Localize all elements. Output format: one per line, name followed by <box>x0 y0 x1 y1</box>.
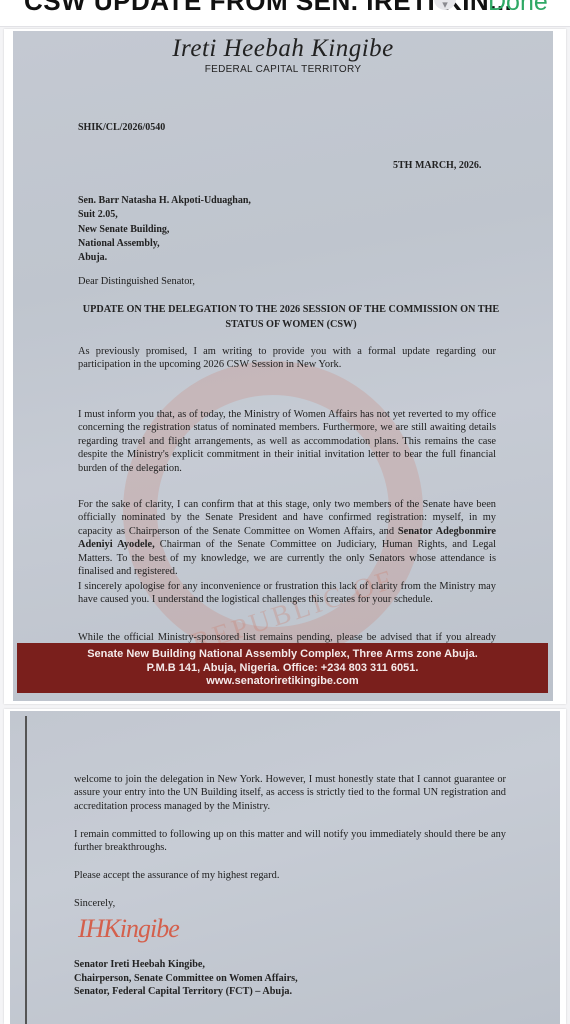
signature-block: Senator Ireti Heebah Kingibe, Chairperso… <box>74 958 298 999</box>
paragraph: I must inform you that, as of today, the… <box>78 408 496 475</box>
recipient-address: Sen. Barr Natasha H. Akpoti-Uduaghan, Su… <box>78 194 251 265</box>
paper-scan-1: Ireti Heebah Kingibe FEDERAL CAPITAL TER… <box>13 31 553 701</box>
address-line: Abuja. <box>78 251 251 265</box>
letter-page-2: welcome to join the delegation in New Yo… <box>4 709 566 1024</box>
footer-contact: P.M.B 141, Abuja, Nigeria. Office: +234 … <box>17 662 548 676</box>
paragraph: For the sake of clarity, I can confirm t… <box>78 498 496 578</box>
viewer-top-bar: CSW UPDATE FROM SEN. IRETI KIN... ▾ Done <box>0 0 570 27</box>
signatory-title: Chairperson, Senate Committee on Women A… <box>74 972 298 986</box>
letter-page-1: Ireti Heebah Kingibe FEDERAL CAPITAL TER… <box>4 29 566 704</box>
signature: IHKingibe <box>78 914 179 944</box>
paragraph: Please accept the assurance of my highes… <box>74 869 506 882</box>
signatory-name: Senator Ireti Heebah Kingibe, <box>74 958 298 972</box>
salutation: Dear Distinguished Senator, <box>78 275 195 288</box>
address-line: Sen. Barr Natasha H. Akpoti-Uduaghan, <box>78 194 251 208</box>
paragraph: I sincerely apologise for any inconvenie… <box>78 580 496 607</box>
letter-subject: UPDATE ON THE DELEGATION TO THE 2026 SES… <box>71 303 511 332</box>
address-line: New Senate Building, <box>78 223 251 237</box>
signatory-constituency: Senator, Federal Capital Territory (FCT)… <box>74 985 298 999</box>
done-button[interactable]: Done <box>488 0 548 17</box>
paper-scan-2: welcome to join the delegation in New Yo… <box>10 711 560 1024</box>
address-line: National Assembly, <box>78 237 251 251</box>
paragraph: I remain committed to following up on th… <box>74 828 506 855</box>
footer-website: www.senatoriretikingibe.com <box>17 675 548 689</box>
closing: Sincerely, <box>74 897 115 910</box>
footer-address: Senate New Building National Assembly Co… <box>17 648 548 662</box>
letterhead-name: Ireti Heebah Kingibe <box>13 35 553 63</box>
letter-date: 5TH MARCH, 2026. <box>393 159 481 172</box>
reference-number: SHIK/CL/2026/0540 <box>78 121 165 134</box>
address-line: Suit 2.05, <box>78 208 251 222</box>
binder-edge-line <box>25 716 27 1024</box>
letterhead-footer: Senate New Building National Assembly Co… <box>17 643 548 693</box>
letterhead-subtitle: FEDERAL CAPITAL TERRITORY <box>13 64 553 75</box>
paragraph: welcome to join the delegation in New Yo… <box>74 773 506 813</box>
paragraph: As previously promised, I am writing to … <box>78 345 496 372</box>
